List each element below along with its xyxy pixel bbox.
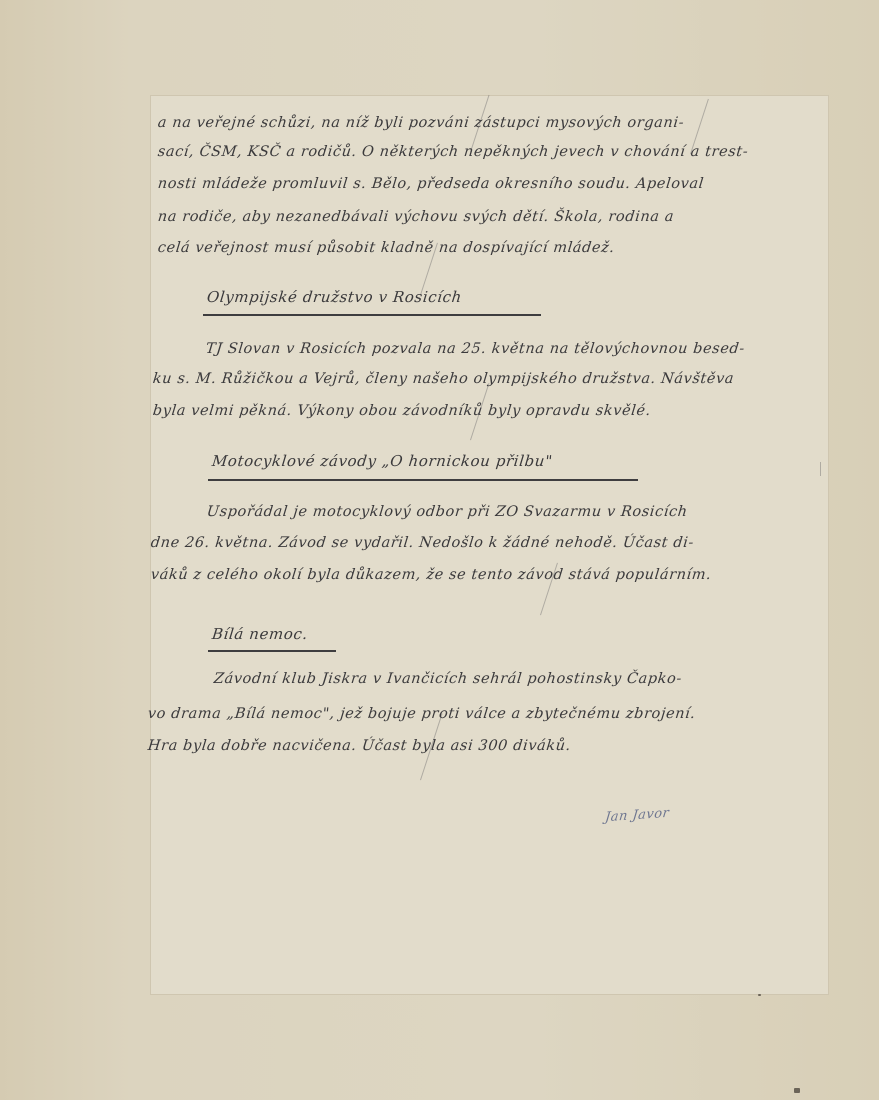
text-line: Uspořádal je motocyklový odbor při ZO Sv… <box>206 504 689 520</box>
text-line: a na veřejné schůzi, na níž byli pozváni… <box>157 115 685 131</box>
text-line: sací, ČSM, KSČ a rodičů. O některých nep… <box>157 144 749 160</box>
paper-speck <box>794 1088 800 1093</box>
text-line: byla velmi pěkná. Výkony obou závodníků … <box>152 403 652 419</box>
text-line: Hra byla dobře nacvičena. Účast byla asi… <box>147 738 572 754</box>
section-heading-motorcycle-races: Motocyklové závody „O hornickou přilbu" <box>211 452 553 470</box>
text-line: celá veřejnost musí působit kladně na do… <box>157 240 615 256</box>
text-line: nosti mládeže promluvil s. Bělo, předsed… <box>157 176 705 192</box>
heading-underline <box>208 479 638 481</box>
text-line: Závodní klub Jiskra v Ivančicích sehrál … <box>213 671 683 687</box>
heading-underline <box>203 314 541 316</box>
text-line: TJ Slovan v Rosicích pozvala na 25. květ… <box>205 341 746 357</box>
text-line: váků z celého okolí byla důkazem, že se … <box>150 567 712 583</box>
heading-underline <box>208 650 336 652</box>
section-heading-white-disease: Bílá nemoc. <box>211 625 309 643</box>
text-line: ku s. M. Růžičkou a Vejrů, členy našeho … <box>152 371 735 387</box>
text-line: vo drama „Bílá nemoc", jež bojuje proti … <box>147 706 696 722</box>
text-line: na rodiče, aby nezanedbávali výchovu svý… <box>157 209 675 225</box>
section-heading-olympic-team: Olympijské družstvo v Rosicích <box>206 288 463 306</box>
text-line: dne 26. května. Závod se vydařil. Nedošl… <box>150 535 695 551</box>
paper-speck <box>758 994 761 996</box>
margin-tick <box>820 462 821 476</box>
